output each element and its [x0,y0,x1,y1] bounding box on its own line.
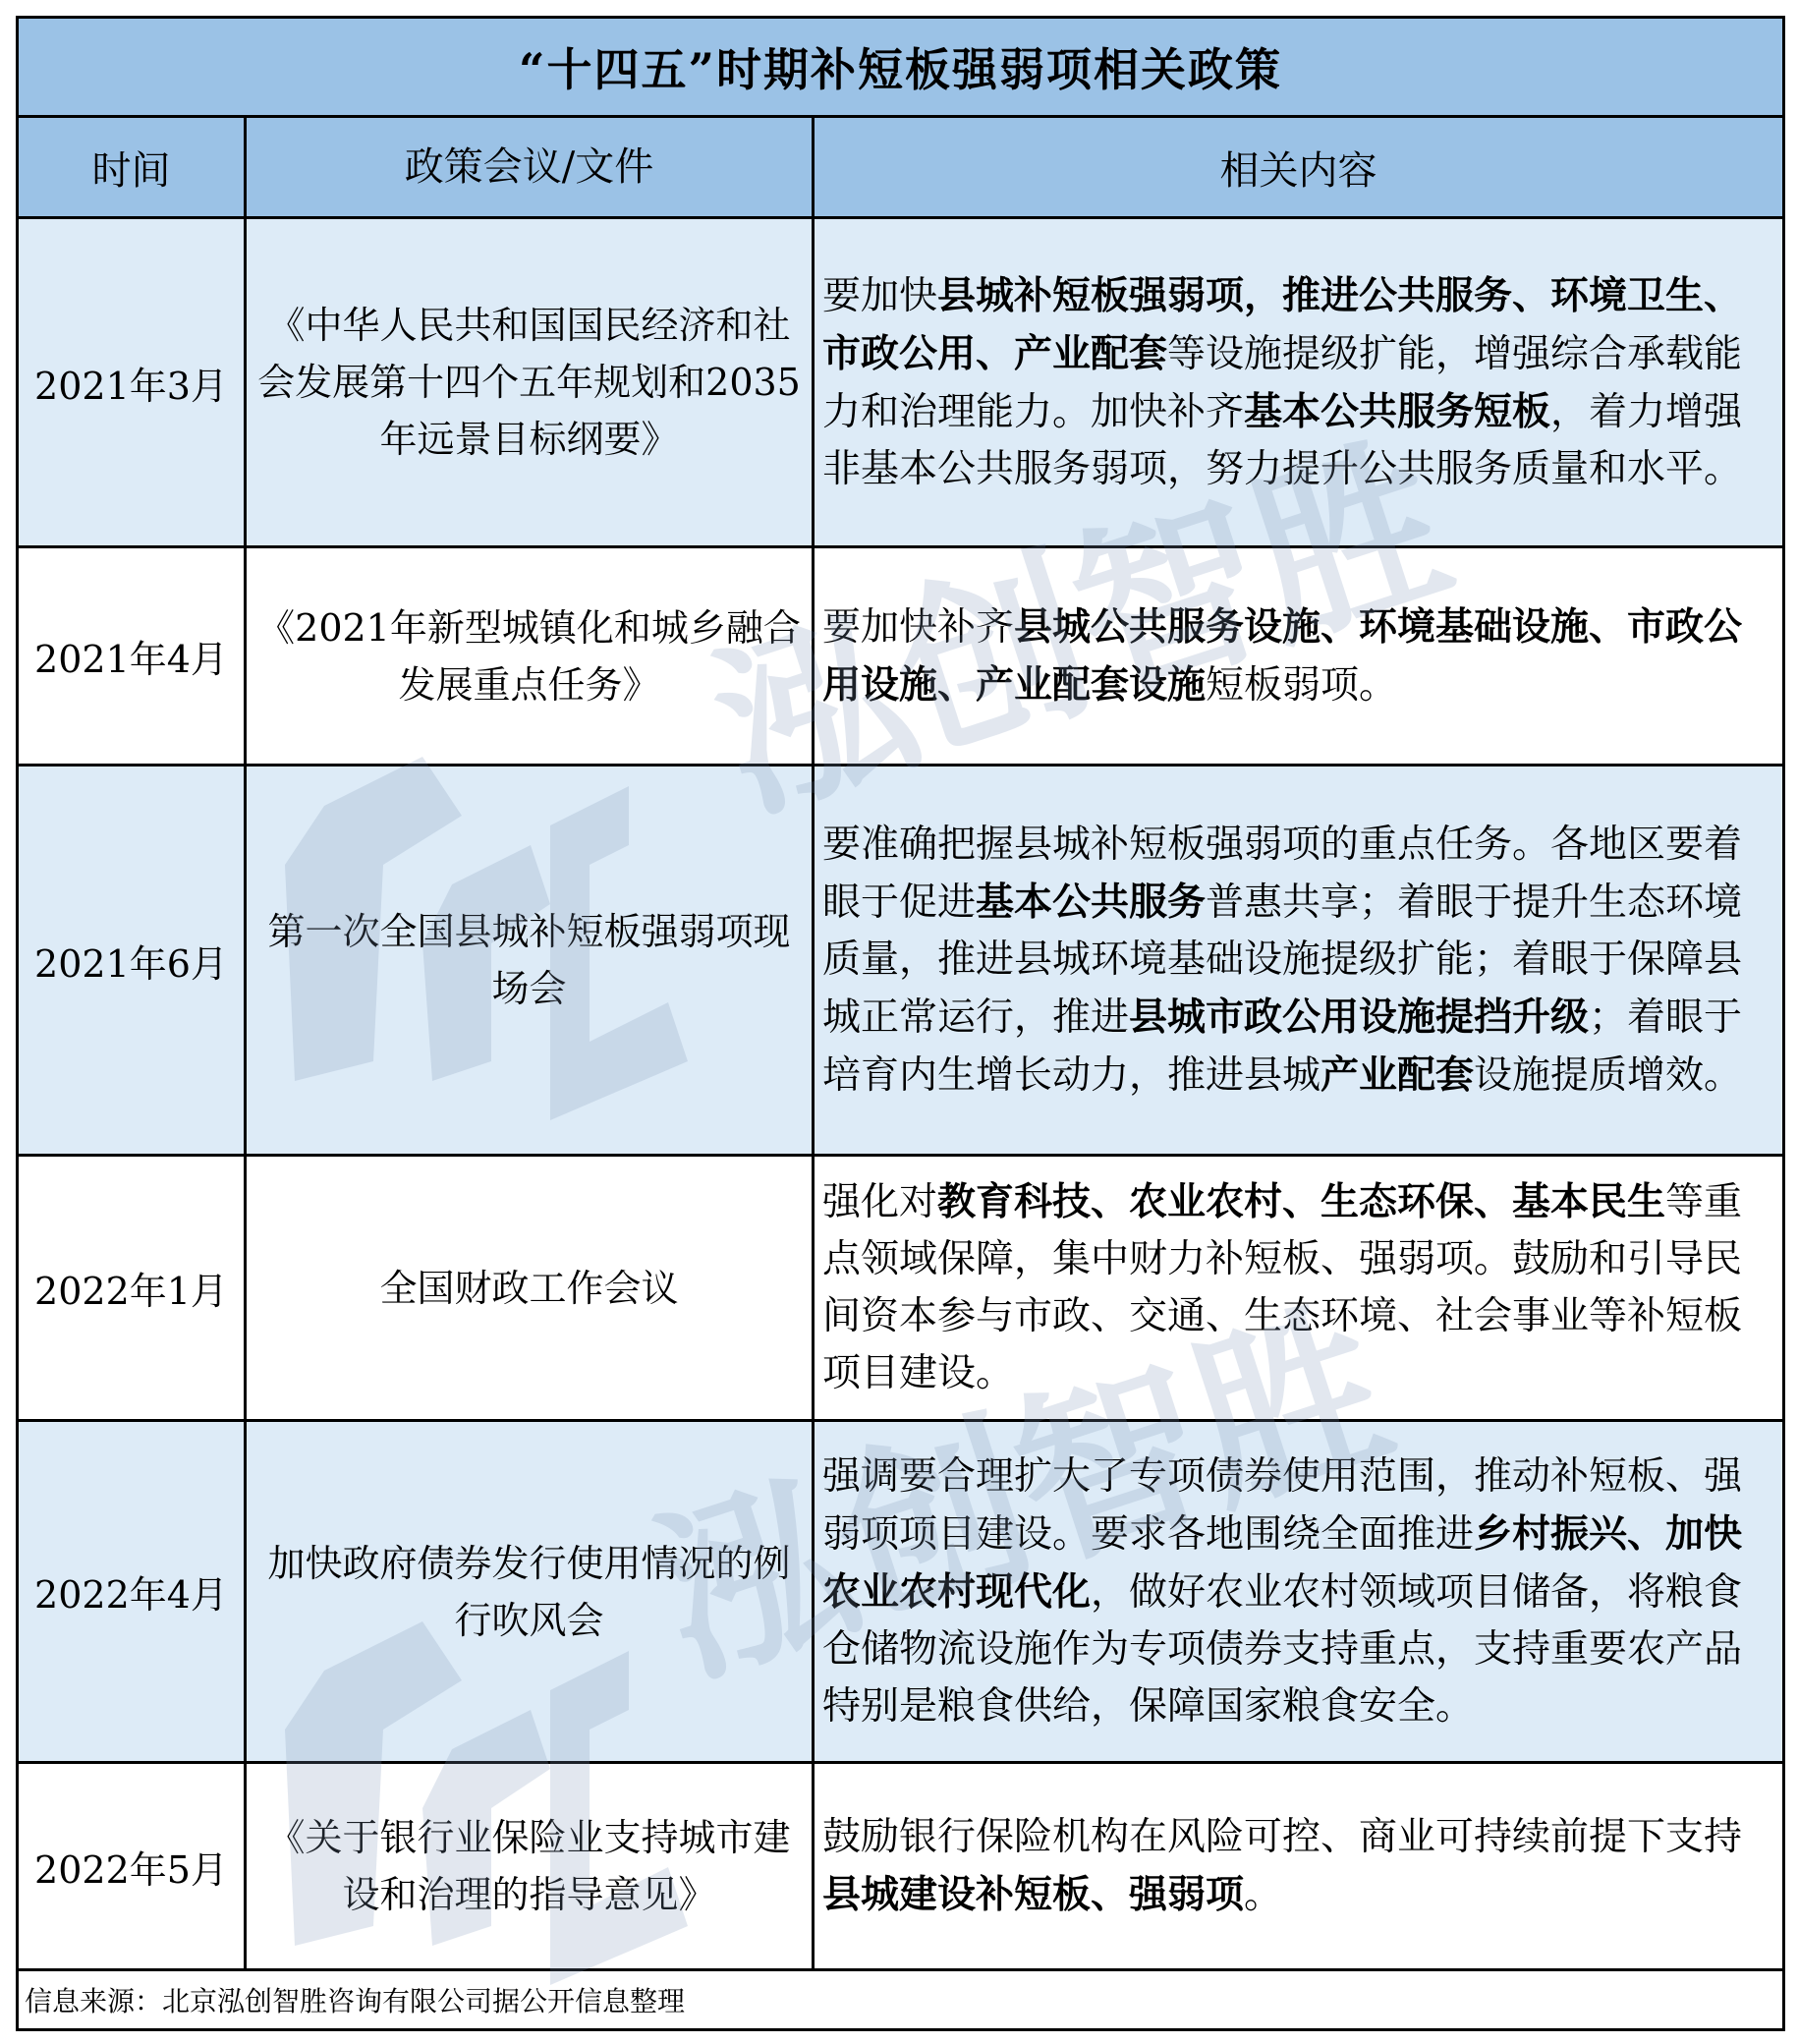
title-row: “十四五”时期补短板强弱项相关政策 [18,18,1784,117]
row-content: 要加快县城补短板强弱项，推进公共服务、环境卫生、市政公用、产业配套等设施提级扩能… [814,218,1784,547]
header-row: 时间 政策会议/文件 相关内容 [18,117,1784,218]
source-note: 信息来源：北京泓创智胜咨询有限公司据公开信息整理 [18,1970,1784,2030]
content-highlight: 基本公共服务短板 [1244,389,1550,434]
row-content: 强调要合理扩大了专项债券使用范围，推动补短板、强弱项项目建设。要求各地围绕全面推… [814,1421,1784,1763]
table-row: 2022年4月加快政府债券发行使用情况的例行吹风会强调要合理扩大了专项债券使用范… [18,1421,1784,1763]
row-date: 2021年6月 [18,766,246,1156]
table-row: 2021年6月第一次全国县城补短板强弱项现场会要准确把握县城补短板强弱项的重点任… [18,766,1784,1156]
content-highlight: 教育科技、农业农村、生态环保、基本民生 [937,1179,1665,1224]
content-text: 强化对 [822,1180,937,1224]
row-date: 2022年4月 [18,1421,246,1763]
content-text: 设施提质增效。 [1474,1053,1742,1098]
row-content: 强化对教育科技、农业农村、生态环保、基本民生等重点领域保障，集中财力补短板、强弱… [814,1156,1784,1421]
content-text: 要加快补齐 [822,605,1014,650]
row-policy: 第一次全国县城补短板强弱项现场会 [246,766,814,1156]
row-content: 鼓励银行保险机构在风险可控、商业可持续前提下支持县城建设补短板、强弱项。 [814,1763,1784,1970]
column-header-content: 相关内容 [814,117,1784,218]
footer-row: 信息来源：北京泓创智胜咨询有限公司据公开信息整理 [18,1970,1784,2030]
row-date: 2021年4月 [18,547,246,766]
row-date: 2021年3月 [18,218,246,547]
content-text: 鼓励银行保险机构在风险可控、商业可持续前提下支持 [822,1815,1742,1859]
table-row: 2022年1月全国财政工作会议强化对教育科技、农业农村、生态环保、基本民生等重点… [18,1156,1784,1421]
table-row: 2021年4月《2021年新型城镇化和城乡融合发展重点任务》要加快补齐县城公共服… [18,547,1784,766]
row-date: 2022年1月 [18,1156,246,1421]
row-policy: 《关于银行业保险业支持城市建设和治理的指导意见》 [246,1763,814,1970]
row-policy: 《2021年新型城镇化和城乡融合发展重点任务》 [246,547,814,766]
row-policy: 《中华人民共和国国民经济和社会发展第十四个五年规划和2035年远景目标纲要》 [246,218,814,547]
table-row: 2021年3月《中华人民共和国国民经济和社会发展第十四个五年规划和2035年远景… [18,218,1784,547]
table-title: “十四五”时期补短板强弱项相关政策 [18,18,1784,117]
row-content: 要准确把握县城补短板强弱项的重点任务。各地区要着眼于促进基本公共服务普惠共享；着… [814,766,1784,1156]
content-highlight: 县城市政公用设施提挡升级 [1129,994,1589,1040]
table-row: 2022年5月《关于银行业保险业支持城市建设和治理的指导意见》鼓励银行保险机构在… [18,1763,1784,1970]
column-header-time: 时间 [18,117,246,218]
column-header-policy: 政策会议/文件 [246,117,814,218]
content-highlight: 产业配套 [1320,1052,1474,1098]
content-highlight: 基本公共服务 [976,880,1206,925]
content-text: 要加快 [822,274,937,318]
row-policy: 全国财政工作会议 [246,1156,814,1421]
row-date: 2022年5月 [18,1763,246,1970]
row-content: 要加快补齐县城公共服务设施、环境基础设施、市政公用设施、产业配套设施短板弱项。 [814,547,1784,766]
policy-table: “十四五”时期补短板强弱项相关政策 时间 政策会议/文件 相关内容 2021年3… [16,16,1785,2031]
row-policy: 加快政府债券发行使用情况的例行吹风会 [246,1421,814,1763]
content-text: 。 [1244,1873,1282,1917]
content-highlight: 县城建设补短板、强弱项 [822,1872,1244,1917]
content-text: 短板弱项。 [1206,663,1397,708]
